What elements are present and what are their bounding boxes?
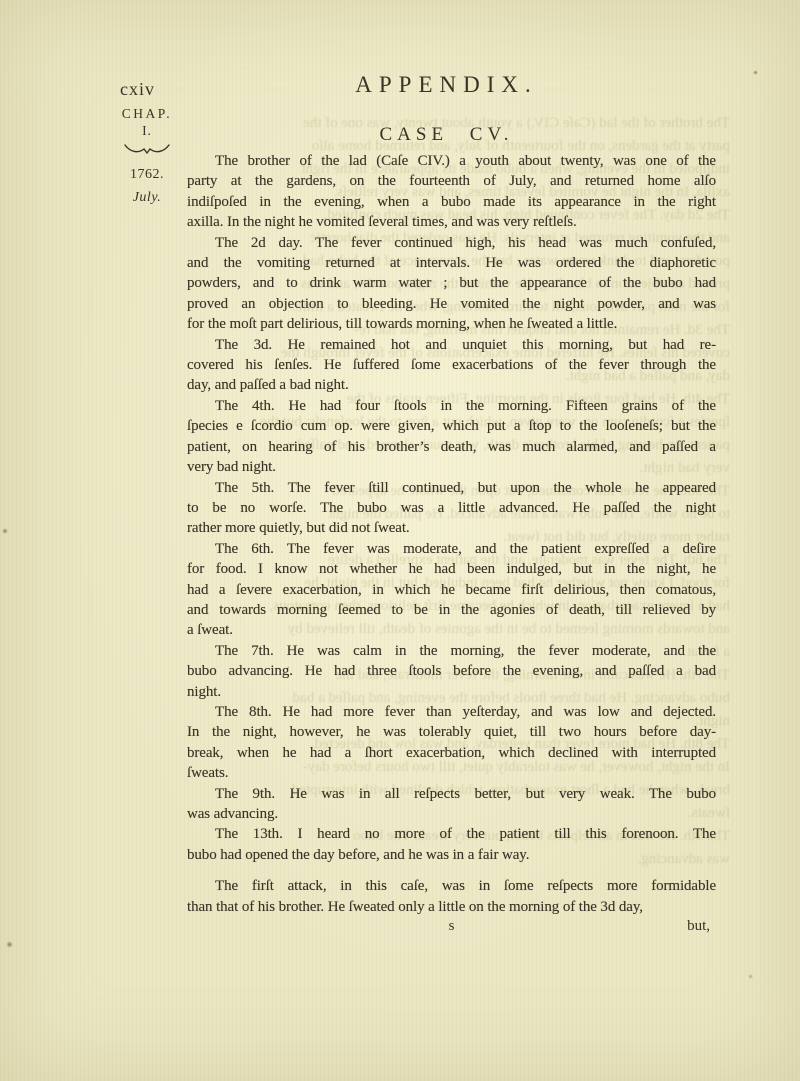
body-line: The brother of the lad (Caſe CIV.) a you… xyxy=(187,151,716,171)
body-line: was advancing. xyxy=(187,804,716,824)
body-line: and the vomiting returned at intervals. … xyxy=(187,253,716,273)
body-line: bubo had opened the day before, and he w… xyxy=(187,845,716,865)
catchword: but, xyxy=(687,918,710,935)
brace-ornament xyxy=(123,142,171,156)
body-line: break, when he had a ſhort exacerbation,… xyxy=(187,743,716,763)
paragraph: The 2d day. The fever continued high, hi… xyxy=(187,233,716,335)
body-line: indiſpoſed in the evening, when a bubo m… xyxy=(187,192,716,212)
body-line: The 3d. He remained hot and unquiet this… xyxy=(187,335,716,355)
body-line: ſpecies e ſcordio cum op. were given, wh… xyxy=(187,416,716,436)
page-header: cxiv APPENDIX. xyxy=(182,72,711,102)
body-line: for the moſt part delirious, till toward… xyxy=(187,314,716,334)
paragraph: The 7th. He was calm in the morning, the… xyxy=(187,641,716,702)
body-line: day, and paſſed a bad night. xyxy=(187,375,716,395)
body-line: had a ſevere exacerbation, in which he b… xyxy=(187,580,716,600)
body-line: The 6th. The fever was moderate, and the… xyxy=(187,539,716,559)
body-line: a ſweat. xyxy=(187,620,716,640)
body-line: very bad night. xyxy=(187,457,716,477)
body-line: axilla. In the night he vomited ſeveral … xyxy=(187,212,716,232)
body-line: for food. I know not whether he had been… xyxy=(187,559,716,579)
body-line: bubo advancing. He had three ſtools befo… xyxy=(187,661,716,681)
body-line: The firſt attack, in this caſe, was in ſ… xyxy=(187,876,716,896)
body-line: covered his ſenſes. He ſuffered ſome exa… xyxy=(187,355,716,375)
paragraph: The brother of the lad (Caſe CIV.) a you… xyxy=(187,151,716,233)
paragraph: The 3d. He remained hot and unquiet this… xyxy=(187,335,716,396)
paragraph: The 6th. The fever was moderate, and the… xyxy=(187,539,716,641)
chapter-label: CHAP. xyxy=(103,106,191,122)
body-line: The 2d day. The fever continued high, hi… xyxy=(187,233,716,253)
margin-year: 1762. xyxy=(103,167,191,183)
body-line: to be no worſe. The bubo was a little ad… xyxy=(187,498,716,518)
paragraph: The 8th. He had more fever than yeſterda… xyxy=(187,702,716,784)
signature-row: s but, xyxy=(187,918,716,940)
body-line: The 4th. He had four ſtools in the morni… xyxy=(187,396,716,416)
foxing-spot xyxy=(753,70,758,75)
case-text: The brother of the lad (Caſe CIV.) a you… xyxy=(187,151,716,917)
body-line: ſweats. xyxy=(187,763,716,783)
body-line: The 5th. The fever ſtill continued, but … xyxy=(187,478,716,498)
running-title: APPENDIX. xyxy=(182,72,711,98)
foxing-spot xyxy=(2,528,8,534)
body-line: The 8th. He had more fever than yeſterda… xyxy=(187,702,716,722)
case-heading: CASE CV. xyxy=(182,124,711,146)
body-line: party at the gardens, on the fourteenth … xyxy=(187,171,716,191)
body-line: and towards morning ſeemed to be in the … xyxy=(187,600,716,620)
paragraph: The 4th. He had four ſtools in the morni… xyxy=(187,396,716,478)
paragraph: The firſt attack, in this caſe, was in ſ… xyxy=(187,876,716,917)
body-line: The 13th. I heard no more of the patient… xyxy=(187,824,716,844)
margin-month: July. xyxy=(103,190,191,206)
chapter-numeral: I. xyxy=(103,123,191,139)
foxing-spot xyxy=(748,974,753,979)
body-line: proved an objection to bleeding. He vomi… xyxy=(187,294,716,314)
body-line: The 9th. He was in all reſpects better, … xyxy=(187,784,716,804)
book-page: The brother of the lad (Caſe CIV.) a you… xyxy=(0,0,800,1081)
body-line: In the night, however, he was tolerably … xyxy=(187,722,716,742)
body-line: patient, on hearing of his brother’s dea… xyxy=(187,437,716,457)
signature-mark: s xyxy=(449,918,455,935)
body-line: rather more quietly, but did not ſweat. xyxy=(187,518,716,538)
foxing-spot xyxy=(6,941,13,948)
paragraph: The 5th. The fever ſtill continued, but … xyxy=(187,478,716,539)
paragraph: The 9th. He was in all reſpects better, … xyxy=(187,784,716,825)
body-line: night. xyxy=(187,682,716,702)
body-line: powders, and to drink warm water ; but t… xyxy=(187,273,716,293)
margin-notes: CHAP. I. 1762. July. xyxy=(103,106,191,206)
paragraph: The 13th. I heard no more of the patient… xyxy=(187,824,716,865)
body-line: The 7th. He was calm in the morning, the… xyxy=(187,641,716,661)
body-line: than that of his brother. He ſweated onl… xyxy=(187,897,716,917)
page-number: cxiv xyxy=(120,79,155,100)
